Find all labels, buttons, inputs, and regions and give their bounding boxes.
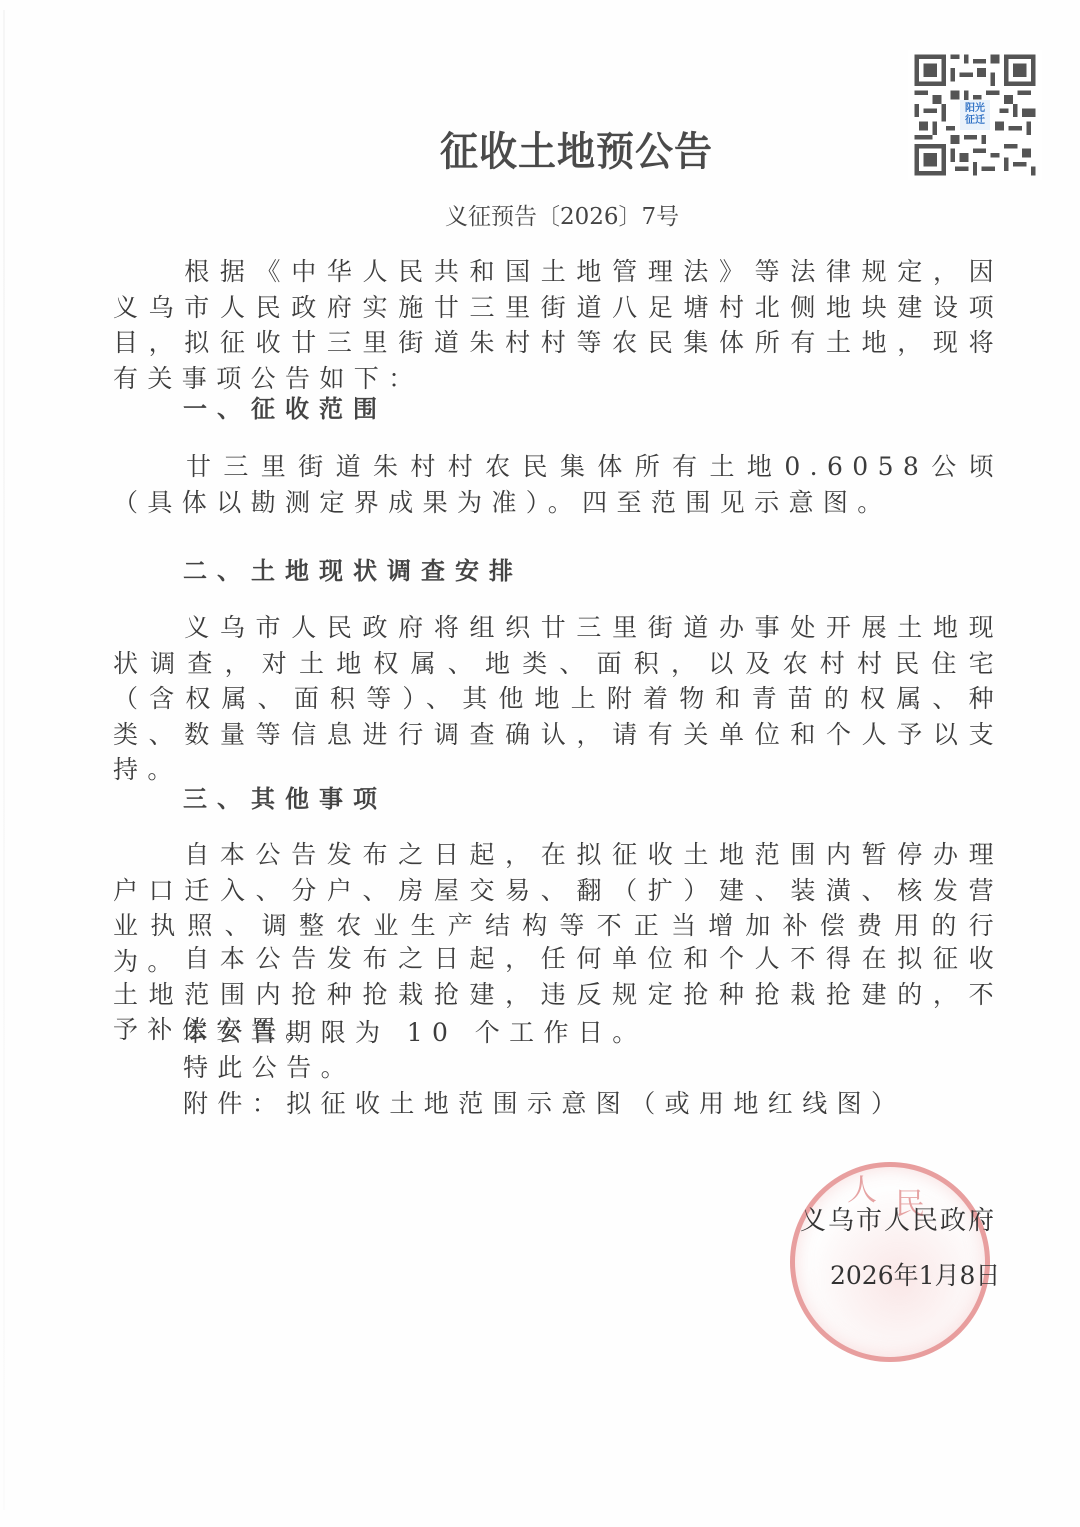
qr-code[interactable]: 阳光 征迁 (908, 50, 1042, 180)
qr-logo-line2: 征迁 (960, 115, 990, 127)
notice-period: 本公告期限为 10 个工作日。 (183, 1013, 647, 1049)
attachment-note: 附件：拟征收土地范围示意图（或用地红线图） (183, 1084, 905, 1120)
intro-paragraph: 根据《中华人民共和国土地管理法》等法律规定，因义乌市人民政府实施廿三里街道八足塘… (113, 254, 1003, 396)
page-title: 征收土地预公告 (440, 119, 740, 177)
document-page: 阳光 征迁 征收土地预公告 义征预告〔2026〕7号 根据《中华人民共和国土地管… (0, 0, 1080, 1527)
issue-date: 2026年1月8日 (830, 1256, 1000, 1292)
scan-edge (3, 10, 5, 1510)
document-number: 义征预告〔2026〕7号 (445, 198, 679, 231)
section-scope-text: 廿三里街道朱村村农民集体所有土地0.6058公顷（具体以勘测定界成果为准）。四至… (113, 452, 1003, 517)
section-heading-scope: 一、征收范围 (183, 389, 387, 424)
section-heading-other: 三、其他事项 (183, 779, 387, 814)
qr-logo: 阳光 征迁 (960, 100, 990, 130)
section-survey-paragraph: 义乌市人民政府将组织廿三里街道办事处开展土地现状调查，对土地权属、地类、面积，以… (113, 610, 1003, 788)
section-scope-paragraph: 廿三里街道朱村村农民集体所有土地0.6058公顷（具体以勘测定界成果为准）。四至… (113, 449, 1003, 520)
intro-text: 根据《中华人民共和国土地管理法》等法律规定，因义乌市人民政府实施廿三里街道八足塘… (113, 257, 1003, 393)
section-heading-survey: 二、土地现状调查安排 (183, 551, 523, 586)
qr-logo-line1: 阳光 (960, 103, 990, 115)
section-survey-text: 义乌市人民政府将组织廿三里街道办事处开展土地现状调查，对土地权属、地类、面积，以… (113, 613, 1003, 784)
notice-closing: 特此公告。 (183, 1048, 355, 1084)
issuer-name: 义乌市人民政府 (800, 1200, 996, 1237)
